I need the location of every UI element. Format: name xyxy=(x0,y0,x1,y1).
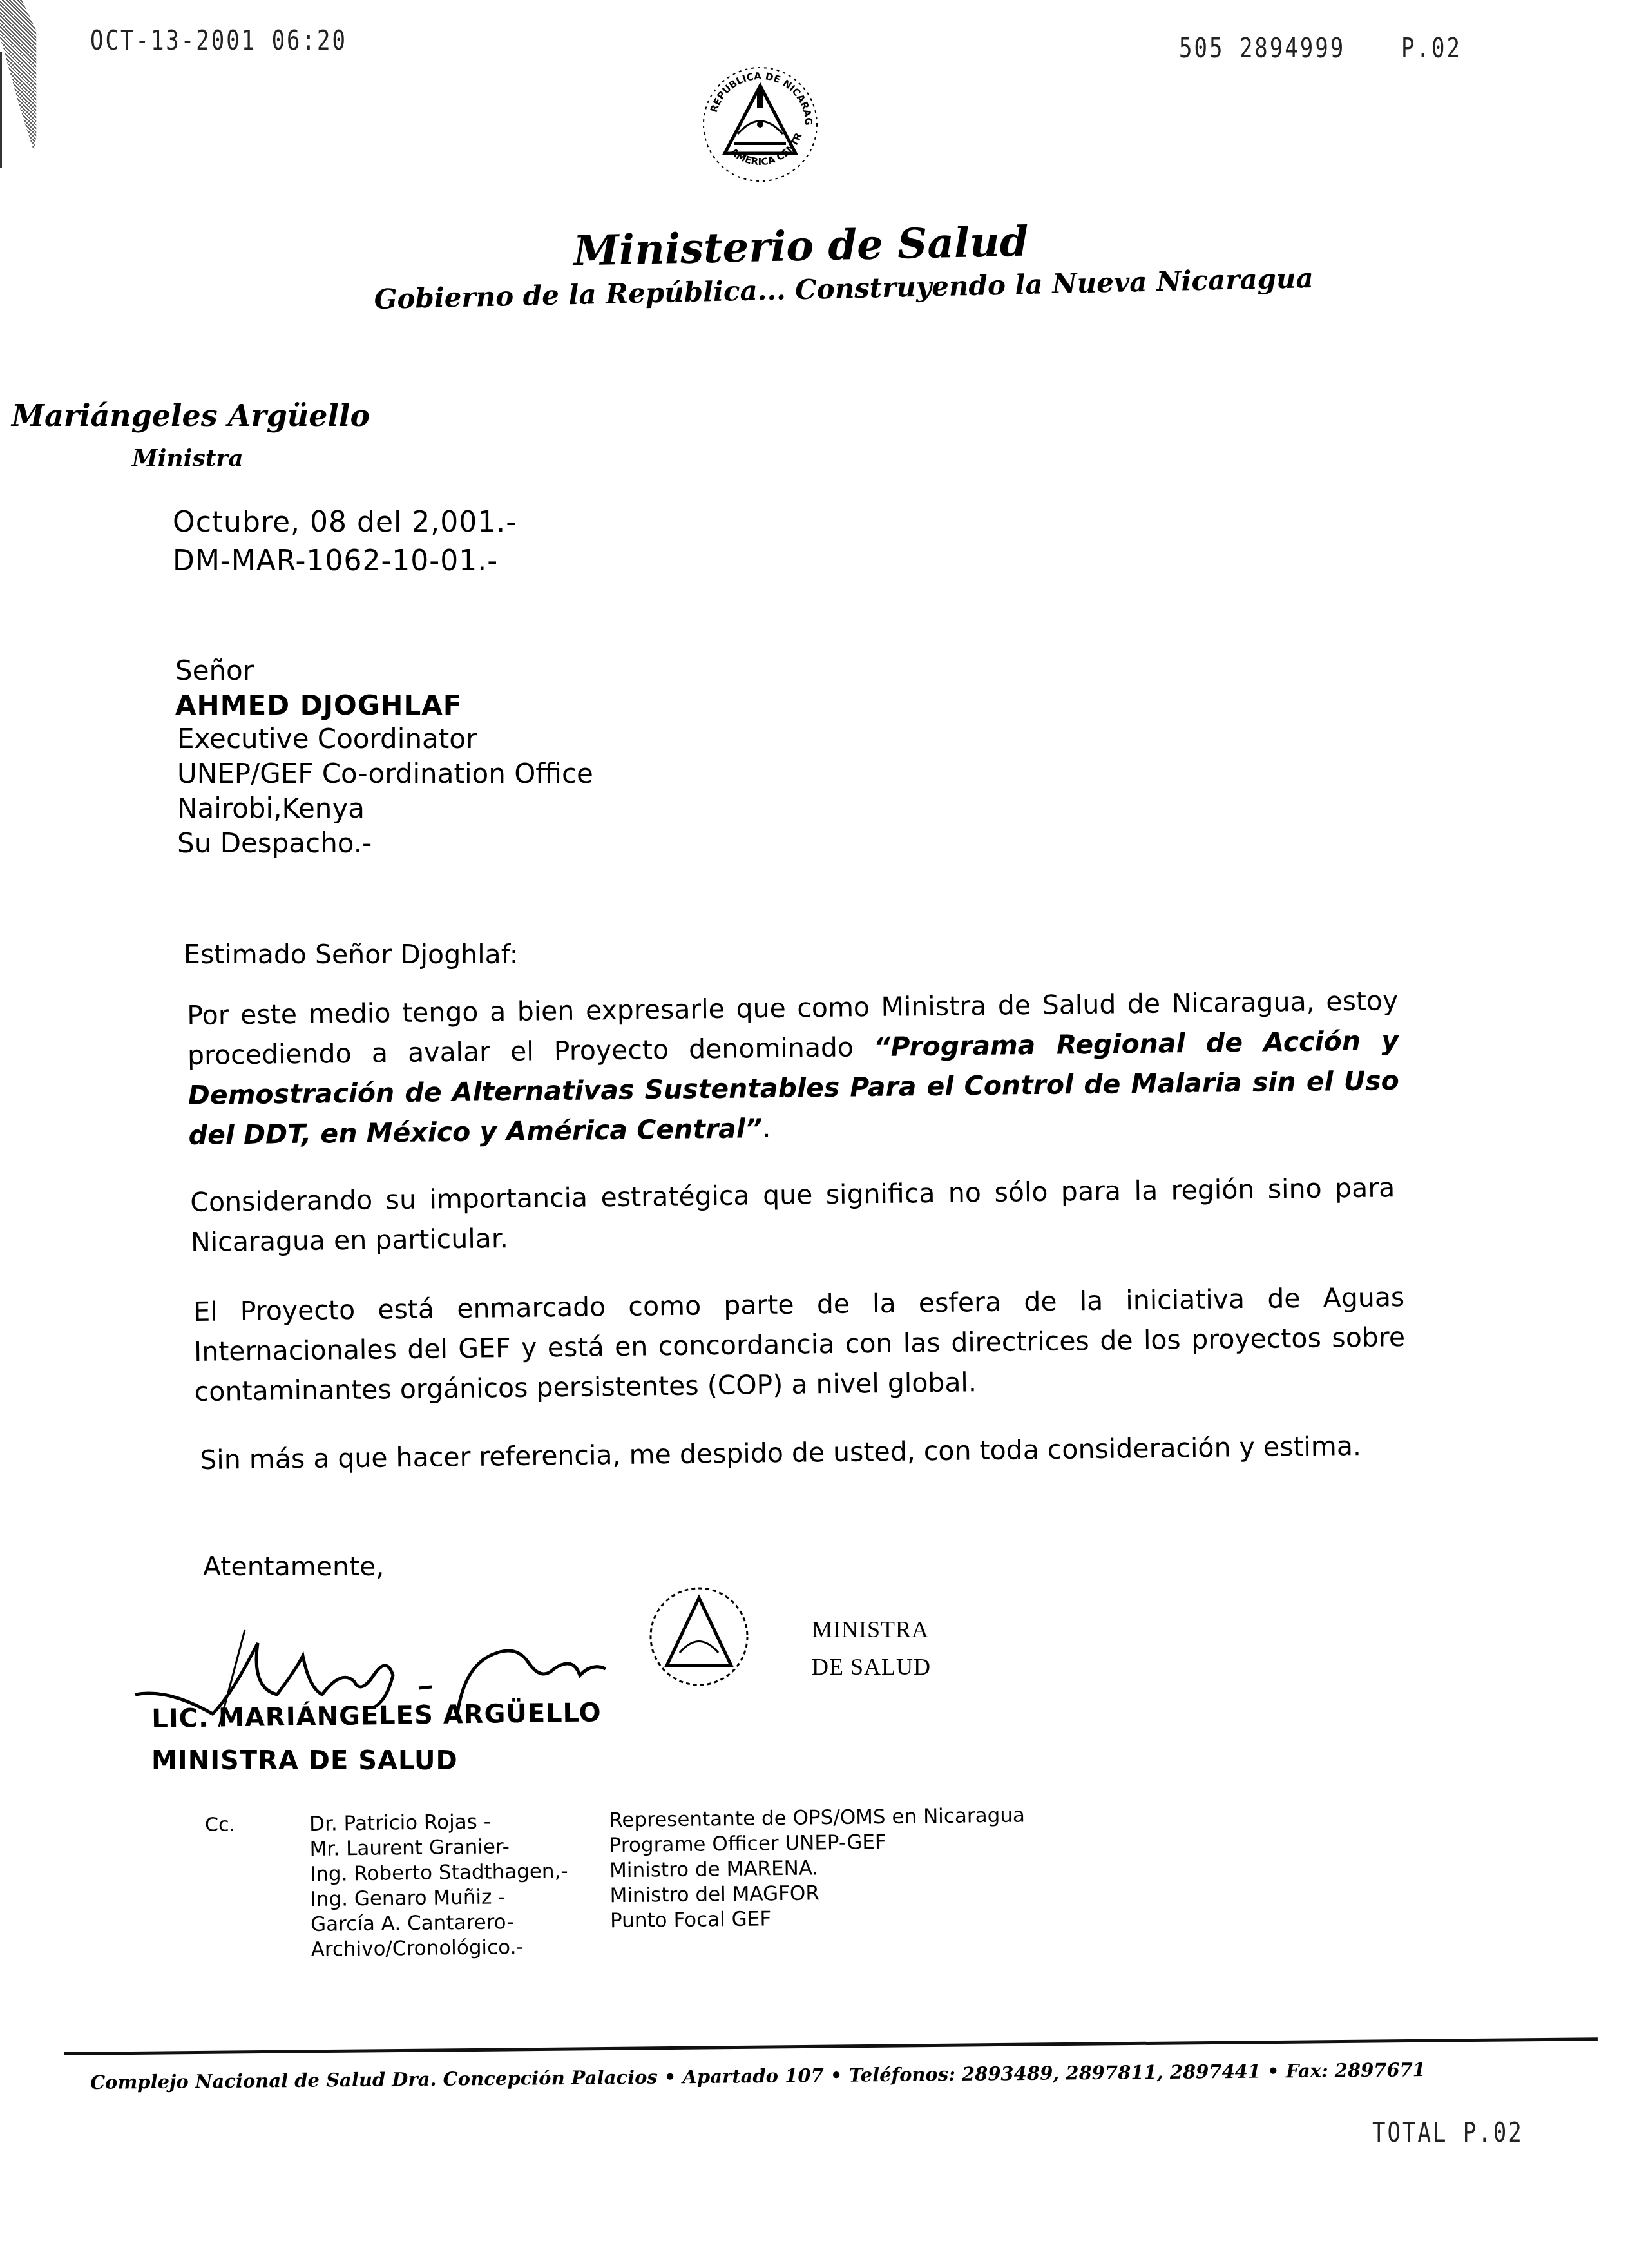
greeting: Estimado Señor Djoghlaf: xyxy=(184,934,519,974)
coat-of-arms-seal-icon: REPUBLICA DE NICARAGUA AMERICA CENTRAL xyxy=(699,63,821,186)
signer-name: LIC. MARIÁNGELES ARGÜELLO xyxy=(151,1698,602,1734)
footer-address: Complejo Nacional de Salud Dra. Concepci… xyxy=(90,2059,1426,2093)
recipient-name: AHMED DJOGHLAF xyxy=(175,689,462,721)
letter-reference: DM-MAR-1062-10-01.- xyxy=(173,544,498,577)
fax-phone: 505 2894999 xyxy=(1179,32,1345,64)
government-motto: Gobierno de la República... Construyendo… xyxy=(374,262,1314,315)
recipient-line: Executive Coordinator xyxy=(177,722,593,756)
fax-total-pages: TOTAL P.02 xyxy=(1372,2117,1524,2149)
scan-artifact xyxy=(0,0,48,151)
footer-divider xyxy=(64,2037,1598,2055)
closing: Atentamente, xyxy=(203,1546,384,1586)
ministry-name: Ministerio de Salud xyxy=(573,218,1029,276)
paragraph-4: Sin más a que hacer referencia, me despi… xyxy=(200,1425,1405,1480)
fax-page: P.02 xyxy=(1401,32,1462,64)
stamp-text: MINISTRA DE SALUD xyxy=(812,1611,931,1686)
sender-name: Mariángeles Argüello xyxy=(12,398,370,433)
paragraph-3: El Proyecto está enmarcado como parte de… xyxy=(193,1277,1406,1412)
cc-label: Cc. xyxy=(205,1814,235,1836)
recipient-address: Executive Coordinator UNEP/GEF Co-ordina… xyxy=(177,722,593,861)
scan-edge-line xyxy=(0,52,2,168)
fax-datetime: OCT-13-2001 06:20 xyxy=(90,24,347,57)
ministry-stamp-seal-icon xyxy=(644,1582,754,1691)
sender-title: Ministra xyxy=(132,445,244,472)
paragraph-1: Por este medio tengo a bien expresarle q… xyxy=(187,981,1400,1155)
signer-title: MINISTRA DE SALUD xyxy=(151,1746,458,1776)
paragraph-2: Considerando su importancia estratégica … xyxy=(190,1168,1395,1262)
cc-list: Dr. Patricio Rojas -Representante de OPS… xyxy=(309,1803,1027,1963)
recipient-line: Nairobi,Kenya xyxy=(177,791,593,826)
recipient-line: Su Despacho.- xyxy=(177,826,593,861)
recipient-salutation: Señor xyxy=(175,651,254,691)
recipient-line: UNEP/GEF Co-ordination Office xyxy=(177,756,593,791)
letter-date: Octubre, 08 del 2,001.- xyxy=(173,506,517,539)
